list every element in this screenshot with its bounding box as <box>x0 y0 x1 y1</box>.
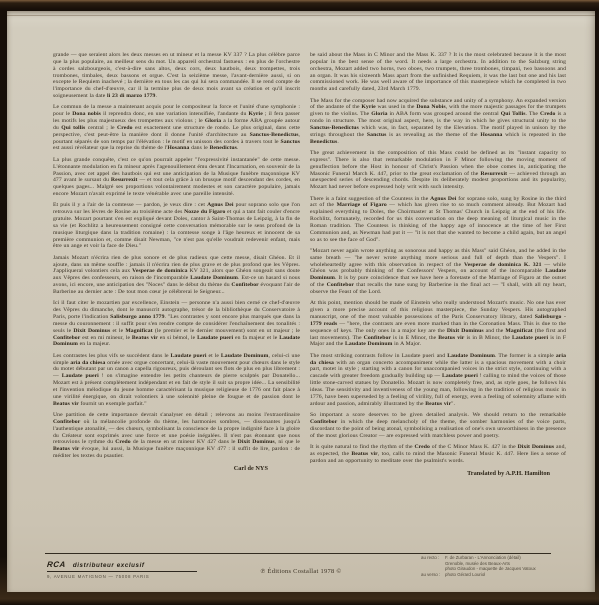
english-column: be said about the Mass in C Minor and th… <box>310 52 566 478</box>
footer-divider <box>45 553 551 554</box>
english-paragraphs: be said about the Mass in C Minor and th… <box>310 52 566 464</box>
paragraph: Le commun de la messe a maintenant acqui… <box>53 104 300 152</box>
credit-row-verso: au verso : photo Gérard Louriol <box>421 572 571 578</box>
paragraph: At this point, mention should be made of… <box>310 300 566 348</box>
paragraph: Une partition de cette importance devrai… <box>53 412 300 460</box>
paragraph: grande — que seraient alors les deux mes… <box>53 52 300 100</box>
credit-label-verso: au verso : <box>421 572 445 578</box>
paragraph: The Mass for the composer had now acquir… <box>310 98 566 146</box>
paragraph: La plus grande conquête, c'est ce qu'on … <box>53 157 300 198</box>
translator-signature: Translated by A.P.H. Hamilton <box>310 469 566 478</box>
paragraph: "Mozart never again wrote anything as so… <box>310 248 566 296</box>
paragraph: There is a faint suggestion of the Count… <box>310 196 566 244</box>
paragraph: The great achievement in the composition… <box>310 150 566 191</box>
liner-notes-panel: grande — que seraient alors les deux mes… <box>7 11 595 592</box>
artwork-credits: au recto : F. de Zurbaran - L'Annonciati… <box>421 555 571 578</box>
paragraph: be said about the Mass in C Minor and th… <box>310 52 566 93</box>
record-sleeve-back: grande — que seraient alors les deux mes… <box>0 0 599 605</box>
paragraph: It is quite natural to find the rhythm o… <box>310 444 566 465</box>
credit-text-verso: photo Gérard Louriol <box>445 572 571 578</box>
french-paragraphs: grande — que seraient alors les deux mes… <box>53 52 300 460</box>
liner-notes-columns: grande — que seraient alors les deux mes… <box>53 52 566 478</box>
paragraph: Jamais Mozart n'écrira rien de plus sono… <box>53 255 300 296</box>
french-column: grande — que seraient alors les deux mes… <box>53 52 300 478</box>
paragraph: Ici il faut citer le mozartien par excel… <box>53 300 300 348</box>
paragraph: The most striking contrasts follow in La… <box>310 353 566 408</box>
paper-crease <box>7 15 595 16</box>
paragraph: So important a score deserves to be give… <box>310 412 566 439</box>
paragraph: Et puis il y a l'air de la comtesse — pa… <box>53 202 300 250</box>
french-author-signature: Carl de NYS <box>53 464 300 473</box>
paragraph: Les contrastes les plus vifs se succèden… <box>53 353 300 408</box>
